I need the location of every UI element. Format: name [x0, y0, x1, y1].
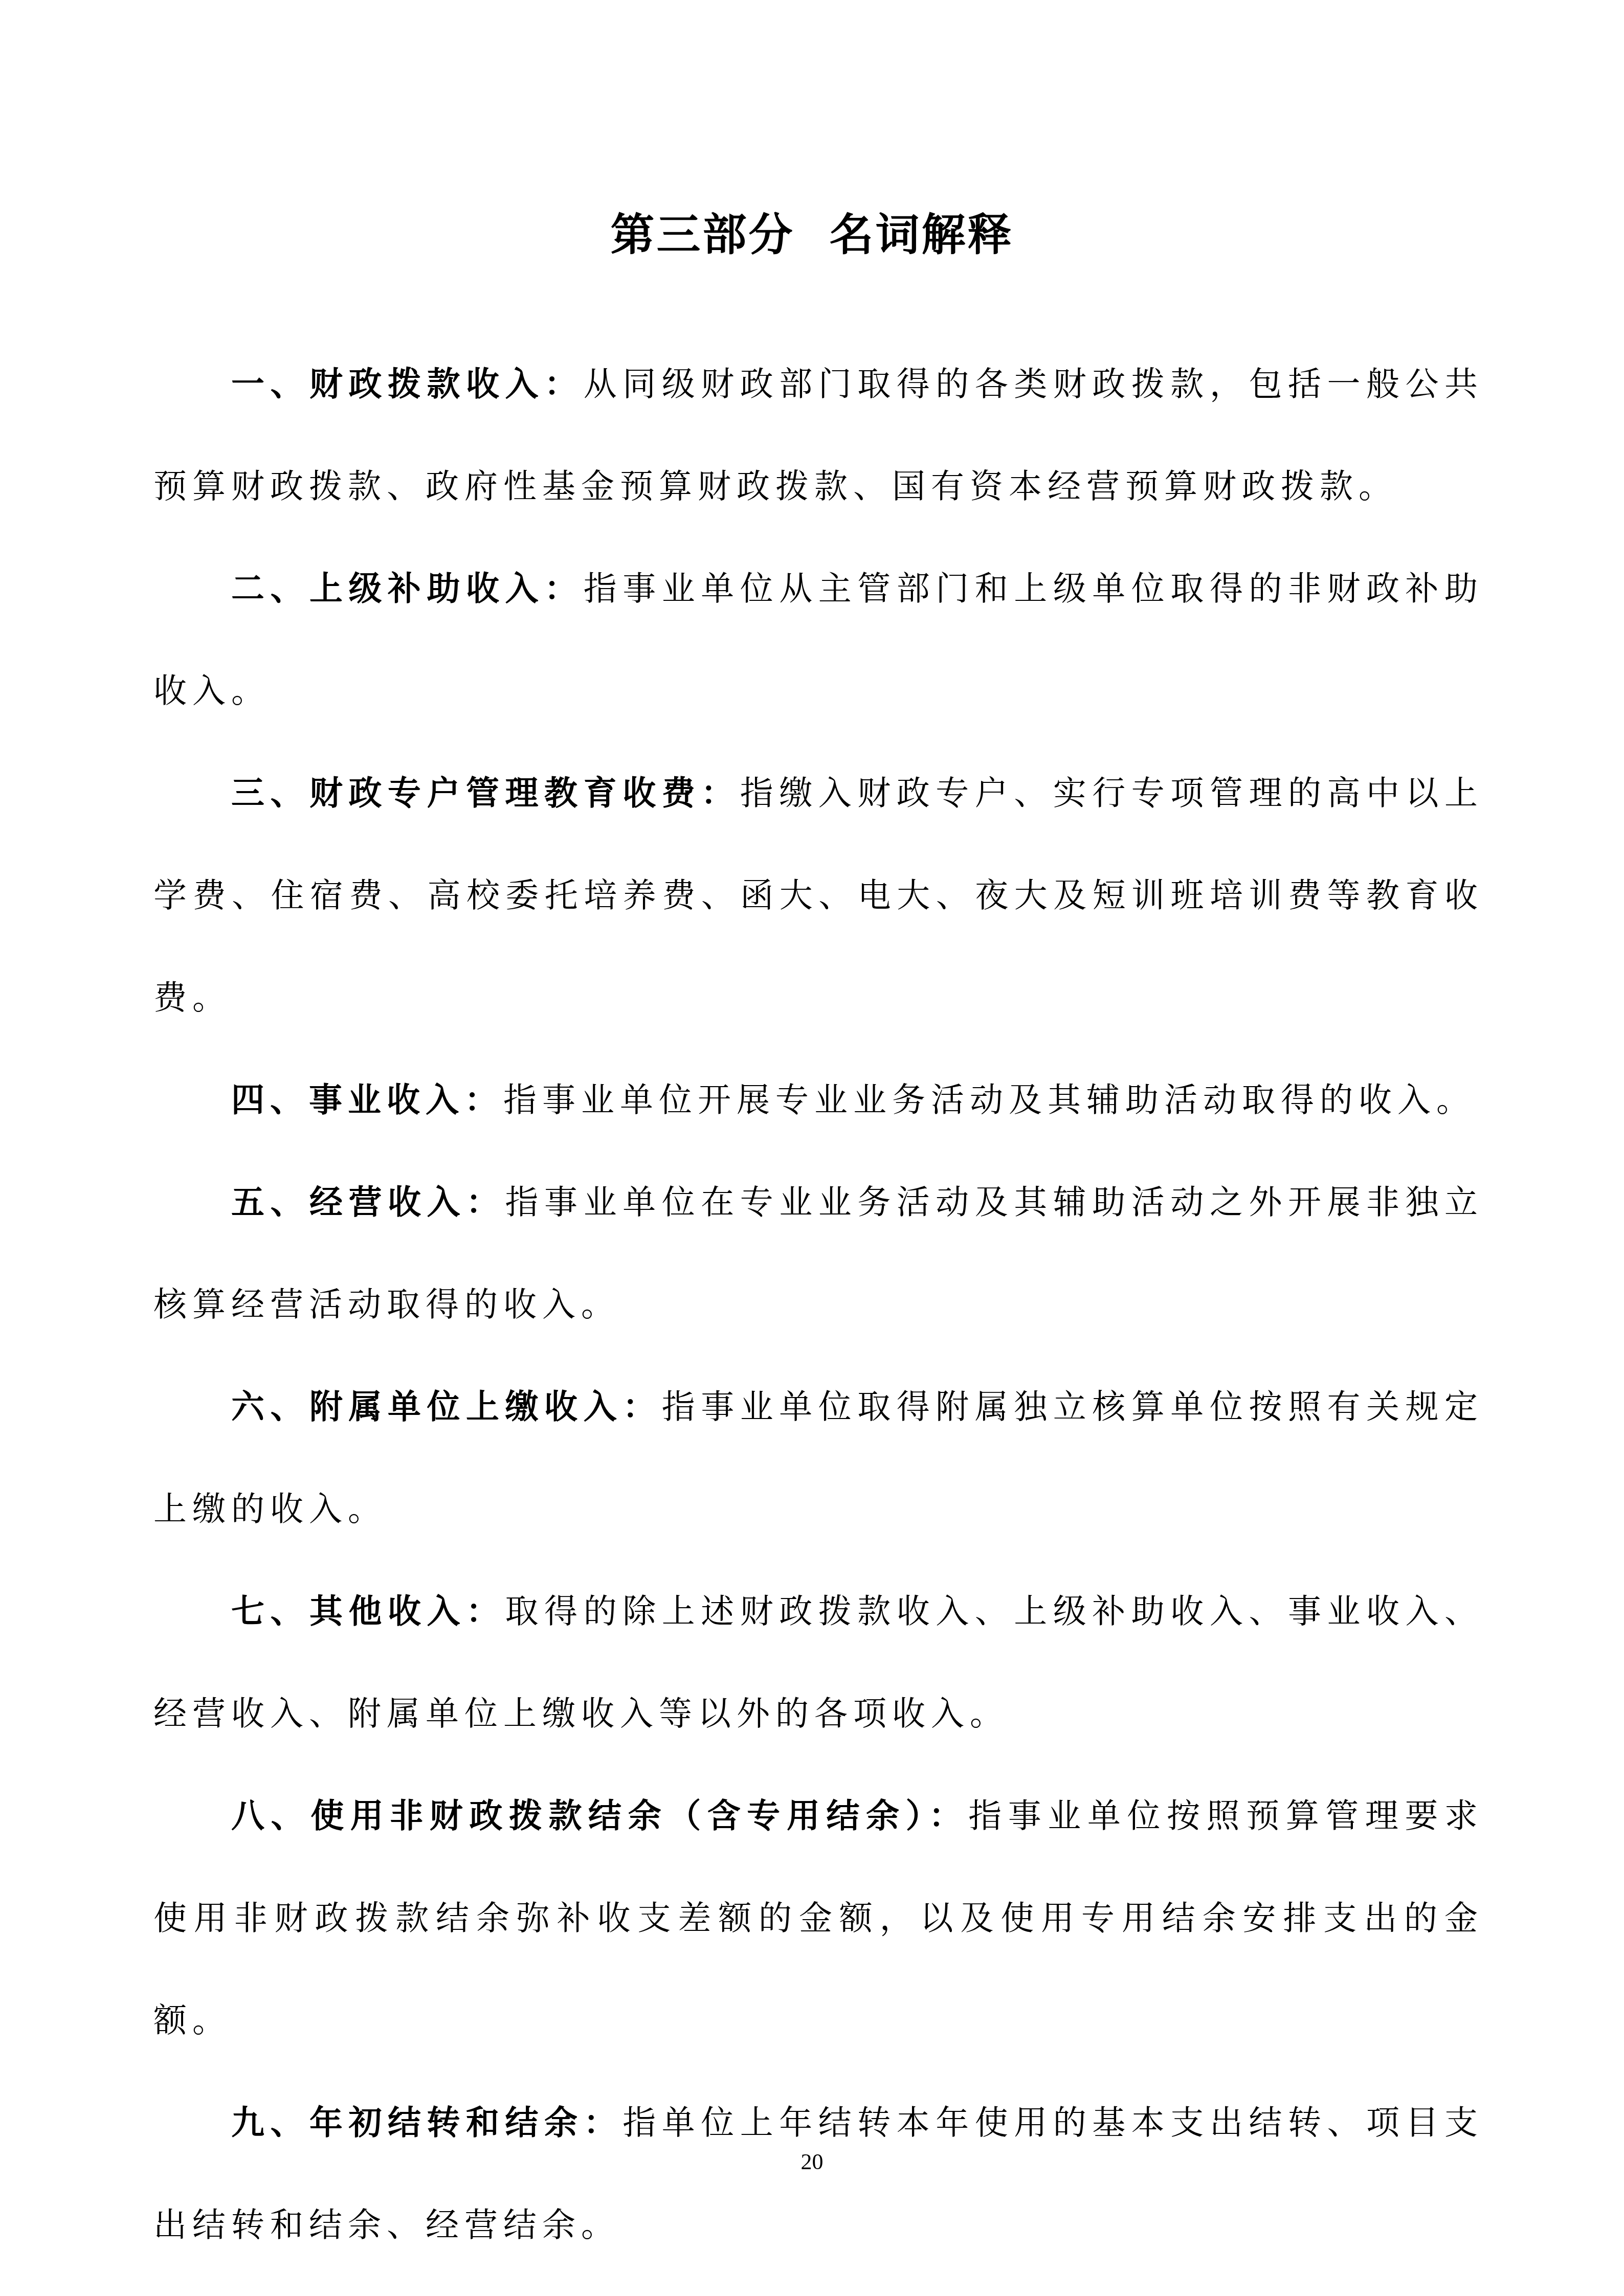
glossary-entry-5: 五、经营收入：指事业单位在专业业务活动及其辅助活动之外开展非独立核算经营活动取得… [153, 1152, 1483, 1356]
term-definition: 指事业单位开展专业业务活动及其辅助活动取得的收入。 [503, 1081, 1475, 1119]
term-label: 七、其他收入： [231, 1592, 505, 1631]
glossary-entry-6: 六、附属单位上缴收入：指事业单位取得附属独立核算单位按照有关规定上缴的收入。 [153, 1356, 1483, 1561]
term-label: 四、事业收入： [231, 1081, 503, 1119]
glossary-entry-4: 四、事业收入：指事业单位开展专业业务活动及其辅助活动取得的收入。 [153, 1049, 1483, 1152]
term-label: 二、上级补助收入： [231, 570, 584, 608]
term-label: 三、财政专户管理教育收费： [231, 774, 740, 813]
term-label: 五、经营收入： [231, 1183, 505, 1222]
glossary-entry-2: 二、上级补助收入：指事业单位从主管部门和上级单位取得的非财政补助收入。 [153, 538, 1483, 742]
term-label: 九、年初结转和结余： [231, 2104, 622, 2142]
glossary-entry-3: 三、财政专户管理教育收费：指缴入财政专户、实行专项管理的高中以上学费、住宿费、高… [153, 742, 1483, 1049]
page-title: 第三部分 名词解释 [0, 207, 1624, 263]
page-number: 20 [0, 2147, 1624, 2177]
term-label: 六、附属单位上缴收入： [231, 1388, 662, 1426]
document-page: 第三部分 名词解释 一、财政拨款收入：从同级财政部门取得的各类财政拨款，包括一般… [0, 0, 1624, 2296]
glossary-entry-8: 八、使用非财政拨款结余（含专用结余）：指事业单位按照预算管理要求使用非财政拨款结… [153, 1765, 1483, 2072]
term-label: 一、财政拨款收入： [231, 365, 584, 403]
glossary-entry-7: 七、其他收入：取得的除上述财政拨款收入、上级补助收入、事业收入、经营收入、附属单… [153, 1561, 1483, 1765]
glossary-entry-1: 一、财政拨款收入：从同级财政部门取得的各类财政拨款，包括一般公共预算财政拨款、政… [153, 333, 1483, 538]
glossary-list: 一、财政拨款收入：从同级财政部门取得的各类财政拨款，包括一般公共预算财政拨款、政… [153, 333, 1483, 2277]
term-label: 八、使用非财政拨款结余（含专用结余）： [231, 1797, 968, 1835]
